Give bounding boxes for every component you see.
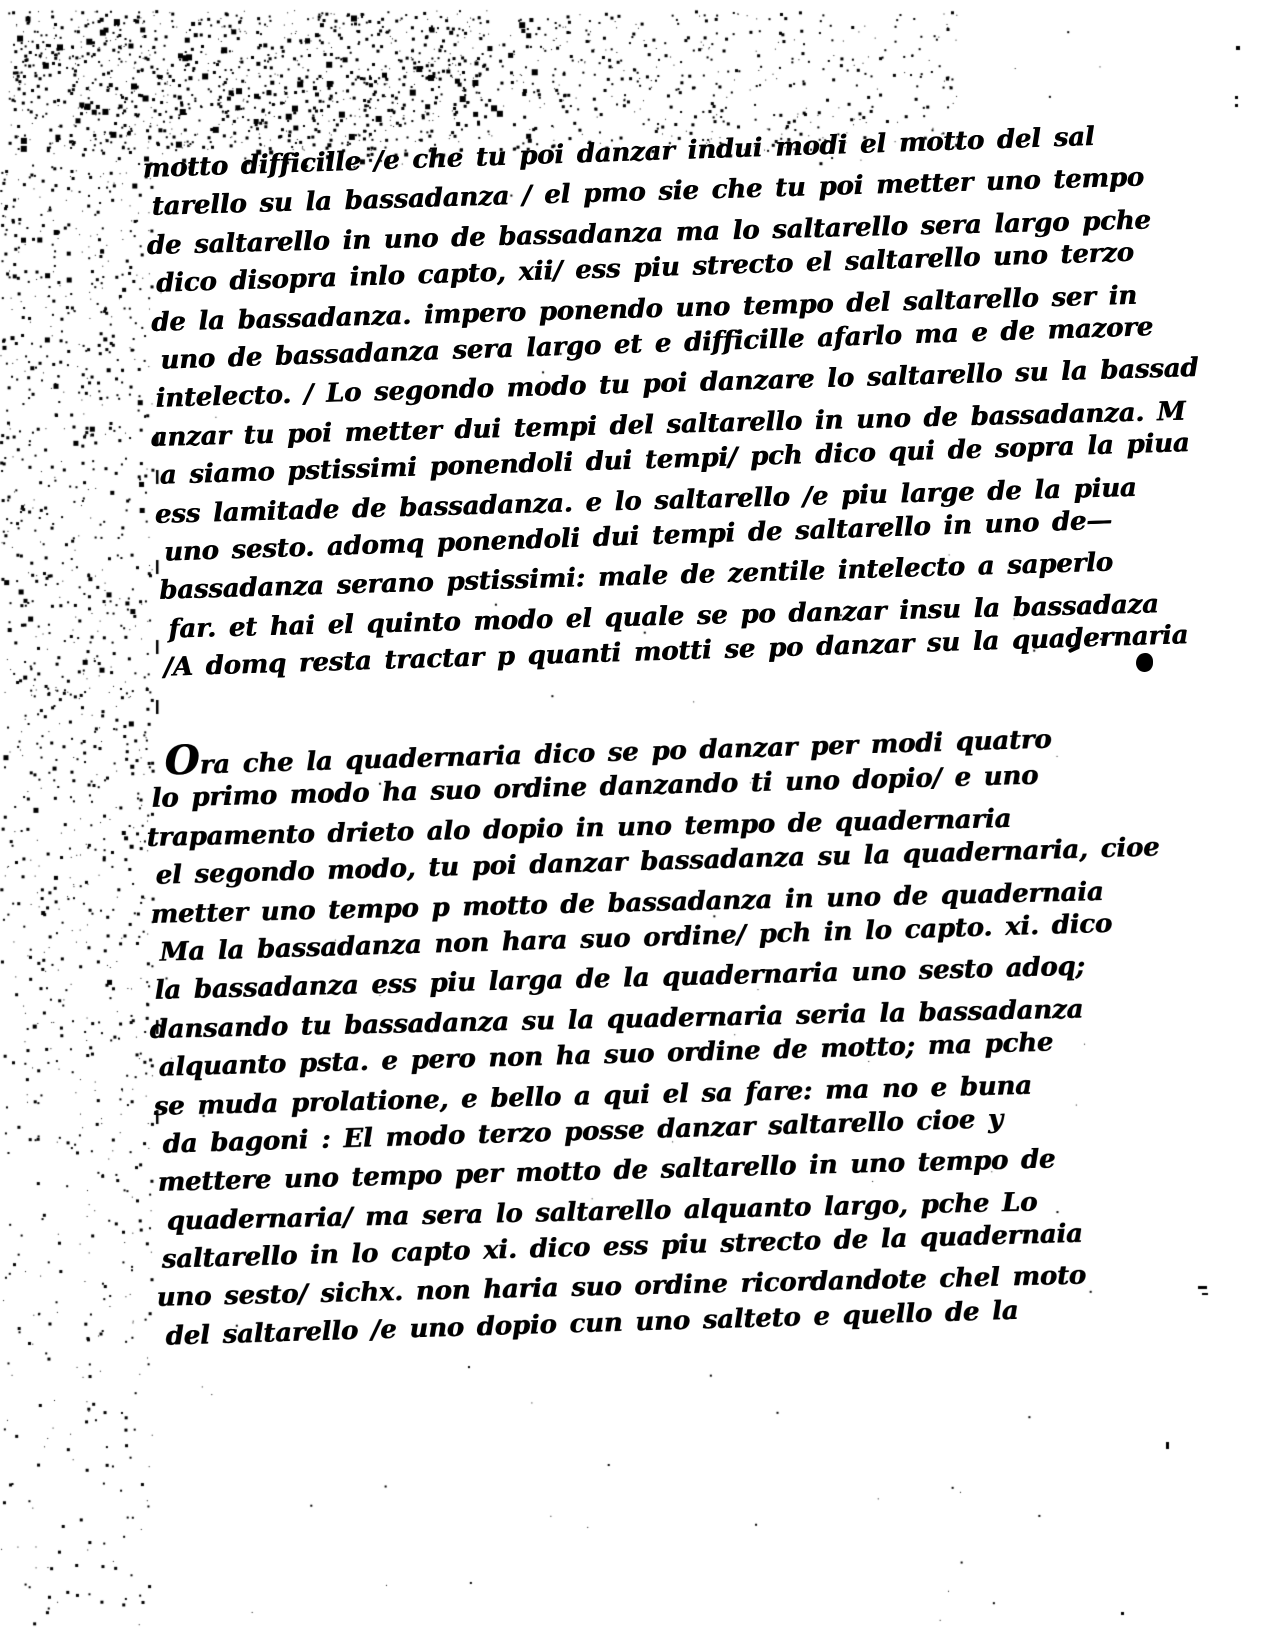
manuscript-paragraph-1: motto difficille /e che tu poi danzar in…	[148, 123, 1084, 688]
manuscript-paragraph-2: Ora che la quadernaria dico se po danzar…	[148, 718, 1084, 1356]
manuscript-page: motto difficille /e che tu poi danzar in…	[0, 0, 1270, 1627]
ink-spot	[1136, 653, 1153, 672]
